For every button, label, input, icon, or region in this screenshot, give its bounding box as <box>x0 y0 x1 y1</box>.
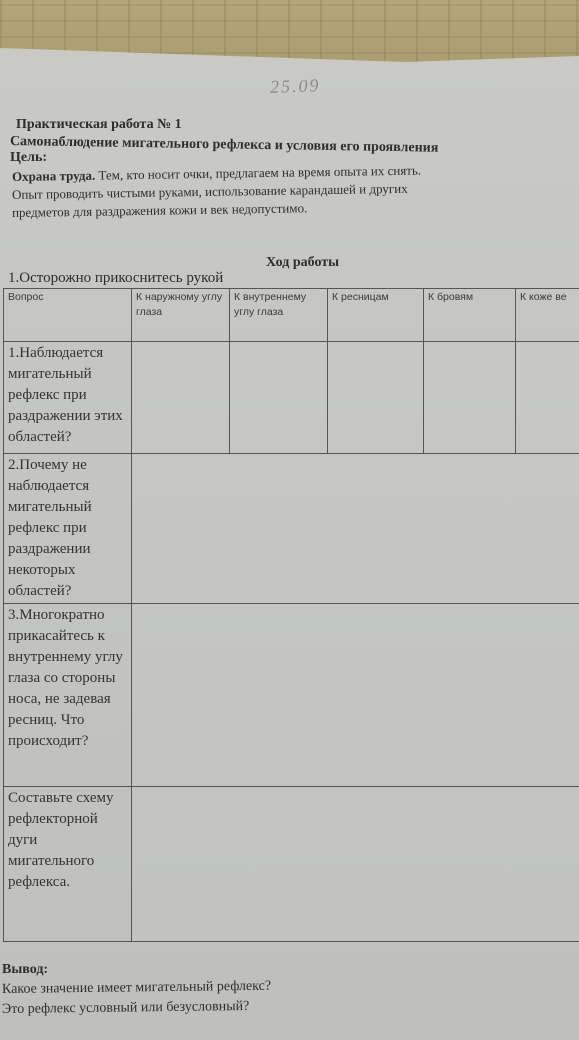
table-header-row: Вопрос К наружному углу глаза К внутренн… <box>4 289 579 342</box>
step-1-instruction: 1.Осторожно прикоснитесь рукой <box>8 270 223 287</box>
table-row: 2.Почему не наблюдается мигательный рефл… <box>4 454 579 604</box>
conclusion-question-2: Это рефлекс условный или безусловный? <box>2 997 271 1020</box>
question-3: 3.Многократно прикасайтесь к внутреннему… <box>4 604 132 787</box>
procedure-heading: Ход работы <box>266 255 339 271</box>
answer-cell-inner-corner[interactable] <box>230 342 328 454</box>
answer-cell-outer-corner[interactable] <box>132 342 230 454</box>
header-outer-eye-corner: К наружному углу глаза <box>132 289 230 342</box>
handwritten-date: 25.09 <box>270 75 321 98</box>
answer-cell-eyebrows[interactable] <box>424 342 516 454</box>
safety-label: Охрана труда. <box>12 168 95 184</box>
question-1: 1.Наблюдается мигательный рефлекс при ра… <box>4 342 132 454</box>
header-eyelashes: К ресницам <box>328 289 424 342</box>
header-inner-eye-corner: К внутреннему углу глаза <box>230 289 328 342</box>
goal-label: Цель: <box>10 150 47 166</box>
question-4-reflex-arc: Составьте схему рефлекторной дуги мигате… <box>4 787 132 942</box>
header-eyelid-skin: К коже ве <box>516 289 579 342</box>
answer-cell-3[interactable] <box>132 604 579 787</box>
header-eyebrows: К бровям <box>424 289 516 342</box>
safety-section: Охрана труда. Тем, кто носит очки, предл… <box>12 168 572 222</box>
answer-cell-2[interactable] <box>132 454 579 604</box>
observation-table: Вопрос К наружному углу глаза К внутренн… <box>3 288 579 942</box>
answer-cell-4[interactable] <box>132 787 579 942</box>
answer-cell-eyelid-skin[interactable] <box>516 342 579 454</box>
header-question: Вопрос <box>4 289 132 342</box>
answer-cell-eyelashes[interactable] <box>328 342 424 454</box>
conclusion-section: Вывод: Какое значение имеет мигательный … <box>2 960 271 1020</box>
worksheet-title: Практическая работа № 1 <box>16 117 182 133</box>
question-2: 2.Почему не наблюдается мигательный рефл… <box>4 454 132 604</box>
table-row: 3.Многократно прикасайтесь к внутреннему… <box>4 604 579 787</box>
worksheet-paper: 25.09 Практическая работа № 1 Самонаблюд… <box>0 48 579 1040</box>
table-row: 1.Наблюдается мигательный рефлекс при ра… <box>4 342 579 454</box>
worksheet-subtitle: Самонаблюдение мигательного рефлекса и у… <box>10 134 439 157</box>
table-row: Составьте схему рефлекторной дуги мигате… <box>4 787 579 942</box>
